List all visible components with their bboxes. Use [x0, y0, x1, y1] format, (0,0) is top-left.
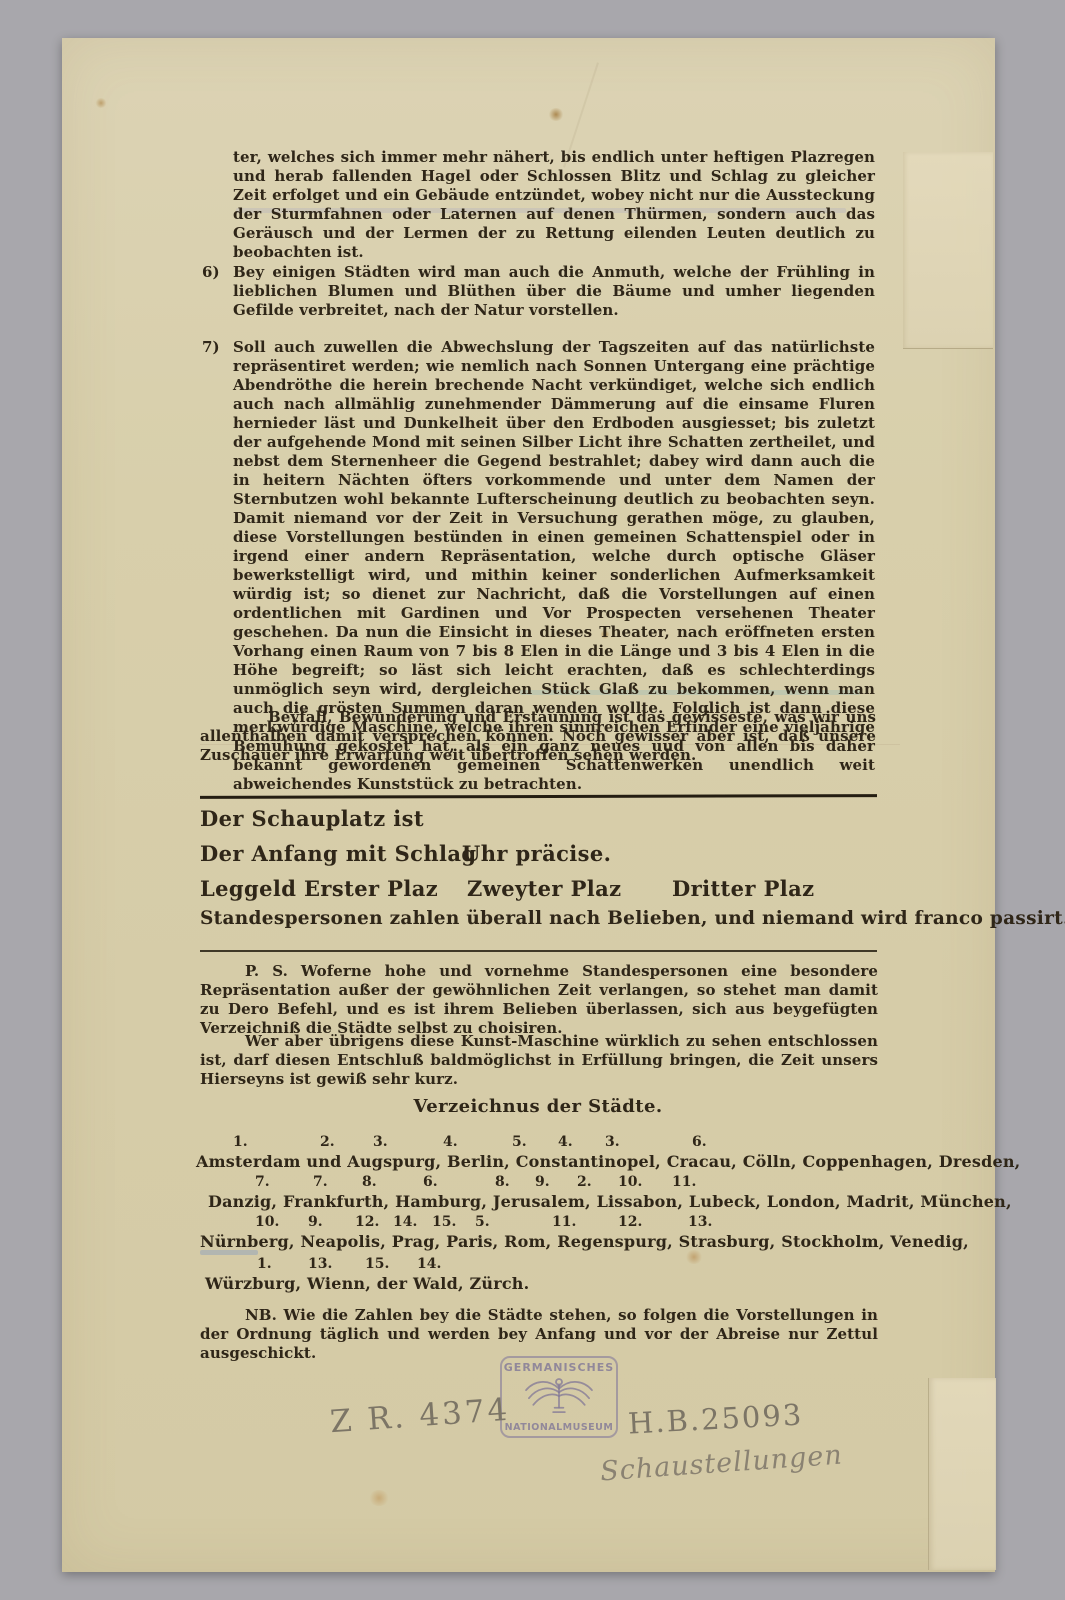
city-row-2: Danzig, Frankfurth, Hamburg, Jerusalem, …: [208, 1192, 1012, 1211]
city-number: 5.: [512, 1134, 527, 1150]
city-numbers-row-1: 1. 2. 3. 4. 5. 4. 3. 6.: [0, 1134, 1065, 1152]
city-number: 5.: [475, 1214, 490, 1230]
city-numbers-row-4: 1. 13. 15. 14.: [0, 1256, 1065, 1274]
stamp-text-top: GERMANISCHES: [502, 1361, 616, 1374]
scanned-document-page: { "page": {"background": "#a8a7ac", "pap…: [0, 0, 1065, 1600]
city-numbers-row-3: 10. 9. 12. 14. 15. 5. 11. 12. 13.: [0, 1214, 1065, 1232]
city-number: 12.: [355, 1214, 379, 1230]
item-7-number: 7): [202, 338, 220, 357]
staedte-heading: Verzeichnus der Städte.: [200, 1096, 876, 1117]
standespersonen-line: Standespersonen zahlen überall nach Beli…: [200, 908, 1065, 929]
wer-aber-paragraph: Wer aber übrigens diese Kunst-Maschine w…: [200, 1032, 878, 1089]
city-number: 15.: [365, 1256, 389, 1272]
stamp-text-bottom: NATIONALMUSEUM: [502, 1422, 616, 1433]
item-6-number: 6): [202, 263, 220, 282]
uhr-praecise: Uhr präcise.: [462, 841, 611, 866]
city-number: 3.: [605, 1134, 620, 1150]
city-number: 8.: [362, 1174, 377, 1190]
schauplatz-line: Der Schauplatz ist: [200, 806, 424, 831]
horizontal-rule: [200, 950, 877, 952]
stain-spot: [95, 98, 107, 108]
paragraph-continuation: ter, welches sich immer mehr nähert, bis…: [233, 148, 875, 262]
anfang-line: Der Anfang mit Schlag: [200, 841, 477, 866]
ps-paragraph: P. S. Woferne hohe und vornehme Standesp…: [200, 962, 878, 1038]
city-number: 3.: [373, 1134, 388, 1150]
city-number: 1.: [233, 1134, 248, 1150]
city-number: 8.: [495, 1174, 510, 1190]
item-6-text: Bey einigen Städten wird man auch die An…: [233, 263, 875, 319]
city-number: 10.: [255, 1214, 279, 1230]
city-row-4: Würzburg, Wienn, der Wald, Zürch.: [205, 1274, 529, 1293]
city-number: 1.: [257, 1256, 272, 1272]
nb-paragraph: NB. Wie die Zahlen bey die Städte stehen…: [200, 1306, 878, 1363]
stain-spot: [548, 108, 564, 121]
city-number: 4.: [443, 1134, 458, 1150]
city-number: 7.: [255, 1174, 270, 1190]
zweyter-plaz: Zweyter Plaz: [467, 876, 622, 901]
city-number: 13.: [308, 1256, 332, 1272]
city-number: 7.: [313, 1174, 328, 1190]
museum-stamp: GERMANISCHES NATIONALMUSEUM: [500, 1356, 618, 1438]
list-item-6: 6) Bey einigen Städten wird man auch die…: [233, 263, 875, 320]
city-number: 11.: [552, 1214, 576, 1230]
city-number: 6.: [692, 1134, 707, 1150]
tape-patch-bottom-right: [928, 1378, 996, 1570]
eagle-icon: [509, 1374, 609, 1418]
city-number: 14.: [393, 1214, 417, 1230]
closing-paragraph: Beyfall, Bewunderung und Erstaunung ist …: [200, 708, 876, 765]
city-number: 2.: [577, 1174, 592, 1190]
city-number: 12.: [618, 1214, 642, 1230]
city-number: 14.: [417, 1256, 441, 1272]
city-number: 15.: [432, 1214, 456, 1230]
dritter-plaz: Dritter Plaz: [672, 876, 815, 901]
city-number: 11.: [672, 1174, 696, 1190]
city-numbers-row-2: 7. 7. 8. 6. 8. 9. 2. 10. 11.: [0, 1174, 1065, 1192]
city-number: 6.: [423, 1174, 438, 1190]
city-number: 4.: [558, 1134, 573, 1150]
city-row-1: Amsterdam und Augspurg, Berlin, Constant…: [196, 1152, 1020, 1171]
leggeld-line: Leggeld Erster Plaz: [200, 876, 438, 901]
city-number: 2.: [320, 1134, 335, 1150]
city-number: 10.: [618, 1174, 642, 1190]
city-number: 13.: [688, 1214, 712, 1230]
stain-spot: [368, 1490, 390, 1506]
city-row-3: Nürnberg, Neapolis, Prag, Paris, Rom, Re…: [200, 1232, 969, 1251]
city-number: 9.: [308, 1214, 323, 1230]
tape-patch-top-right: [903, 152, 993, 349]
city-number: 9.: [535, 1174, 550, 1190]
